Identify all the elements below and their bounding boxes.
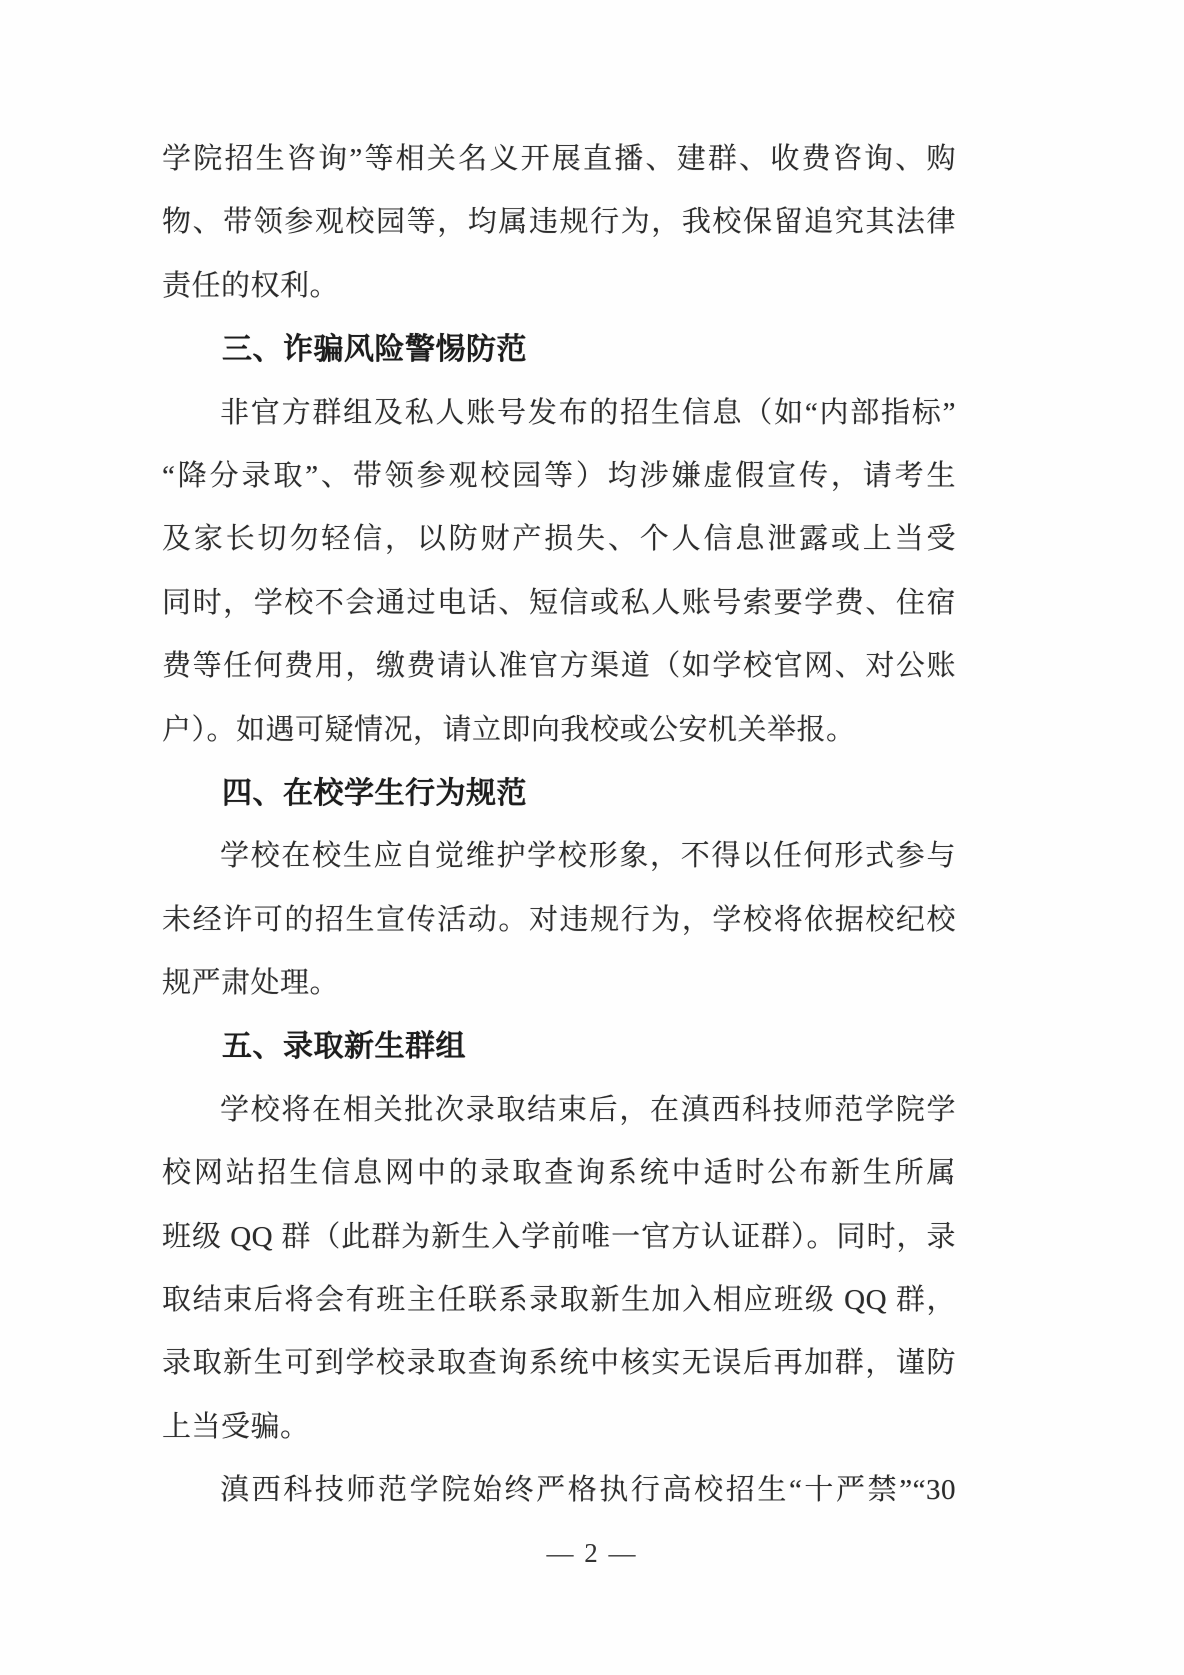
body-line: 学院招生咨询”等相关名义开展直播、建群、收费咨询、购	[162, 128, 956, 191]
body-line: 规严肃处理。	[162, 952, 956, 1015]
body-line: 未经许可的招生宣传活动。对违规行为，学校将依据校纪校	[162, 889, 956, 952]
section-heading-4: 四、在校学生行为规范	[162, 762, 956, 825]
body-line: “降分录取”、带领参观校园等）均涉嫌虚假宣传，请考生	[162, 445, 956, 508]
document-body: 学院招生咨询”等相关名义开展直播、建群、收费咨询、购 物、带领参观校园等，均属违…	[162, 128, 956, 1523]
body-line: 学校将在相关批次录取结束后，在滇西科技师范学院学	[162, 1079, 956, 1142]
section-heading-3: 三、诈骗风险警惕防范	[162, 318, 956, 381]
body-line: 滇西科技师范学院始终严格执行高校招生“十严禁”“30	[162, 1459, 956, 1522]
body-line: 录取新生可到学校录取查询系统中核实无误后再加群，谨防	[162, 1332, 956, 1395]
section-heading-5: 五、录取新生群组	[162, 1015, 956, 1078]
document-page: 学院招生咨询”等相关名义开展直播、建群、收费咨询、购 物、带领参观校园等，均属违…	[0, 0, 1184, 1675]
body-line: 物、带领参观校园等，均属违规行为，我校保留追究其法律	[162, 191, 956, 254]
body-line: 校网站招生信息网中的录取查询系统中适时公布新生所属	[162, 1142, 956, 1205]
body-line: 费等任何费用，缴费请认准官方渠道（如学校官网、对公账	[162, 635, 956, 698]
body-line: 非官方群组及私人账号发布的招生信息（如“内部指标”	[162, 382, 956, 445]
body-line: 上当受骗。	[162, 1396, 956, 1459]
body-line: 同时，学校不会通过电话、短信或私人账号索要学费、住宿	[162, 572, 956, 635]
body-line: 班级 QQ 群（此群为新生入学前唯一官方认证群）。同时，录	[162, 1206, 956, 1269]
page-number: — 2 —	[0, 1538, 1184, 1569]
body-line: 及家长切勿轻信，以防财产损失、个人信息泄露或上当受骗。	[162, 508, 956, 571]
body-line: 取结束后将会有班主任联系录取新生加入相应班级 QQ 群，	[162, 1269, 956, 1332]
body-line: 学校在校生应自觉维护学校形象，不得以任何形式参与	[162, 825, 956, 888]
body-line: 责任的权利。	[162, 255, 956, 318]
body-line: 户）。如遇可疑情况，请立即向我校或公安机关举报。	[162, 699, 956, 762]
